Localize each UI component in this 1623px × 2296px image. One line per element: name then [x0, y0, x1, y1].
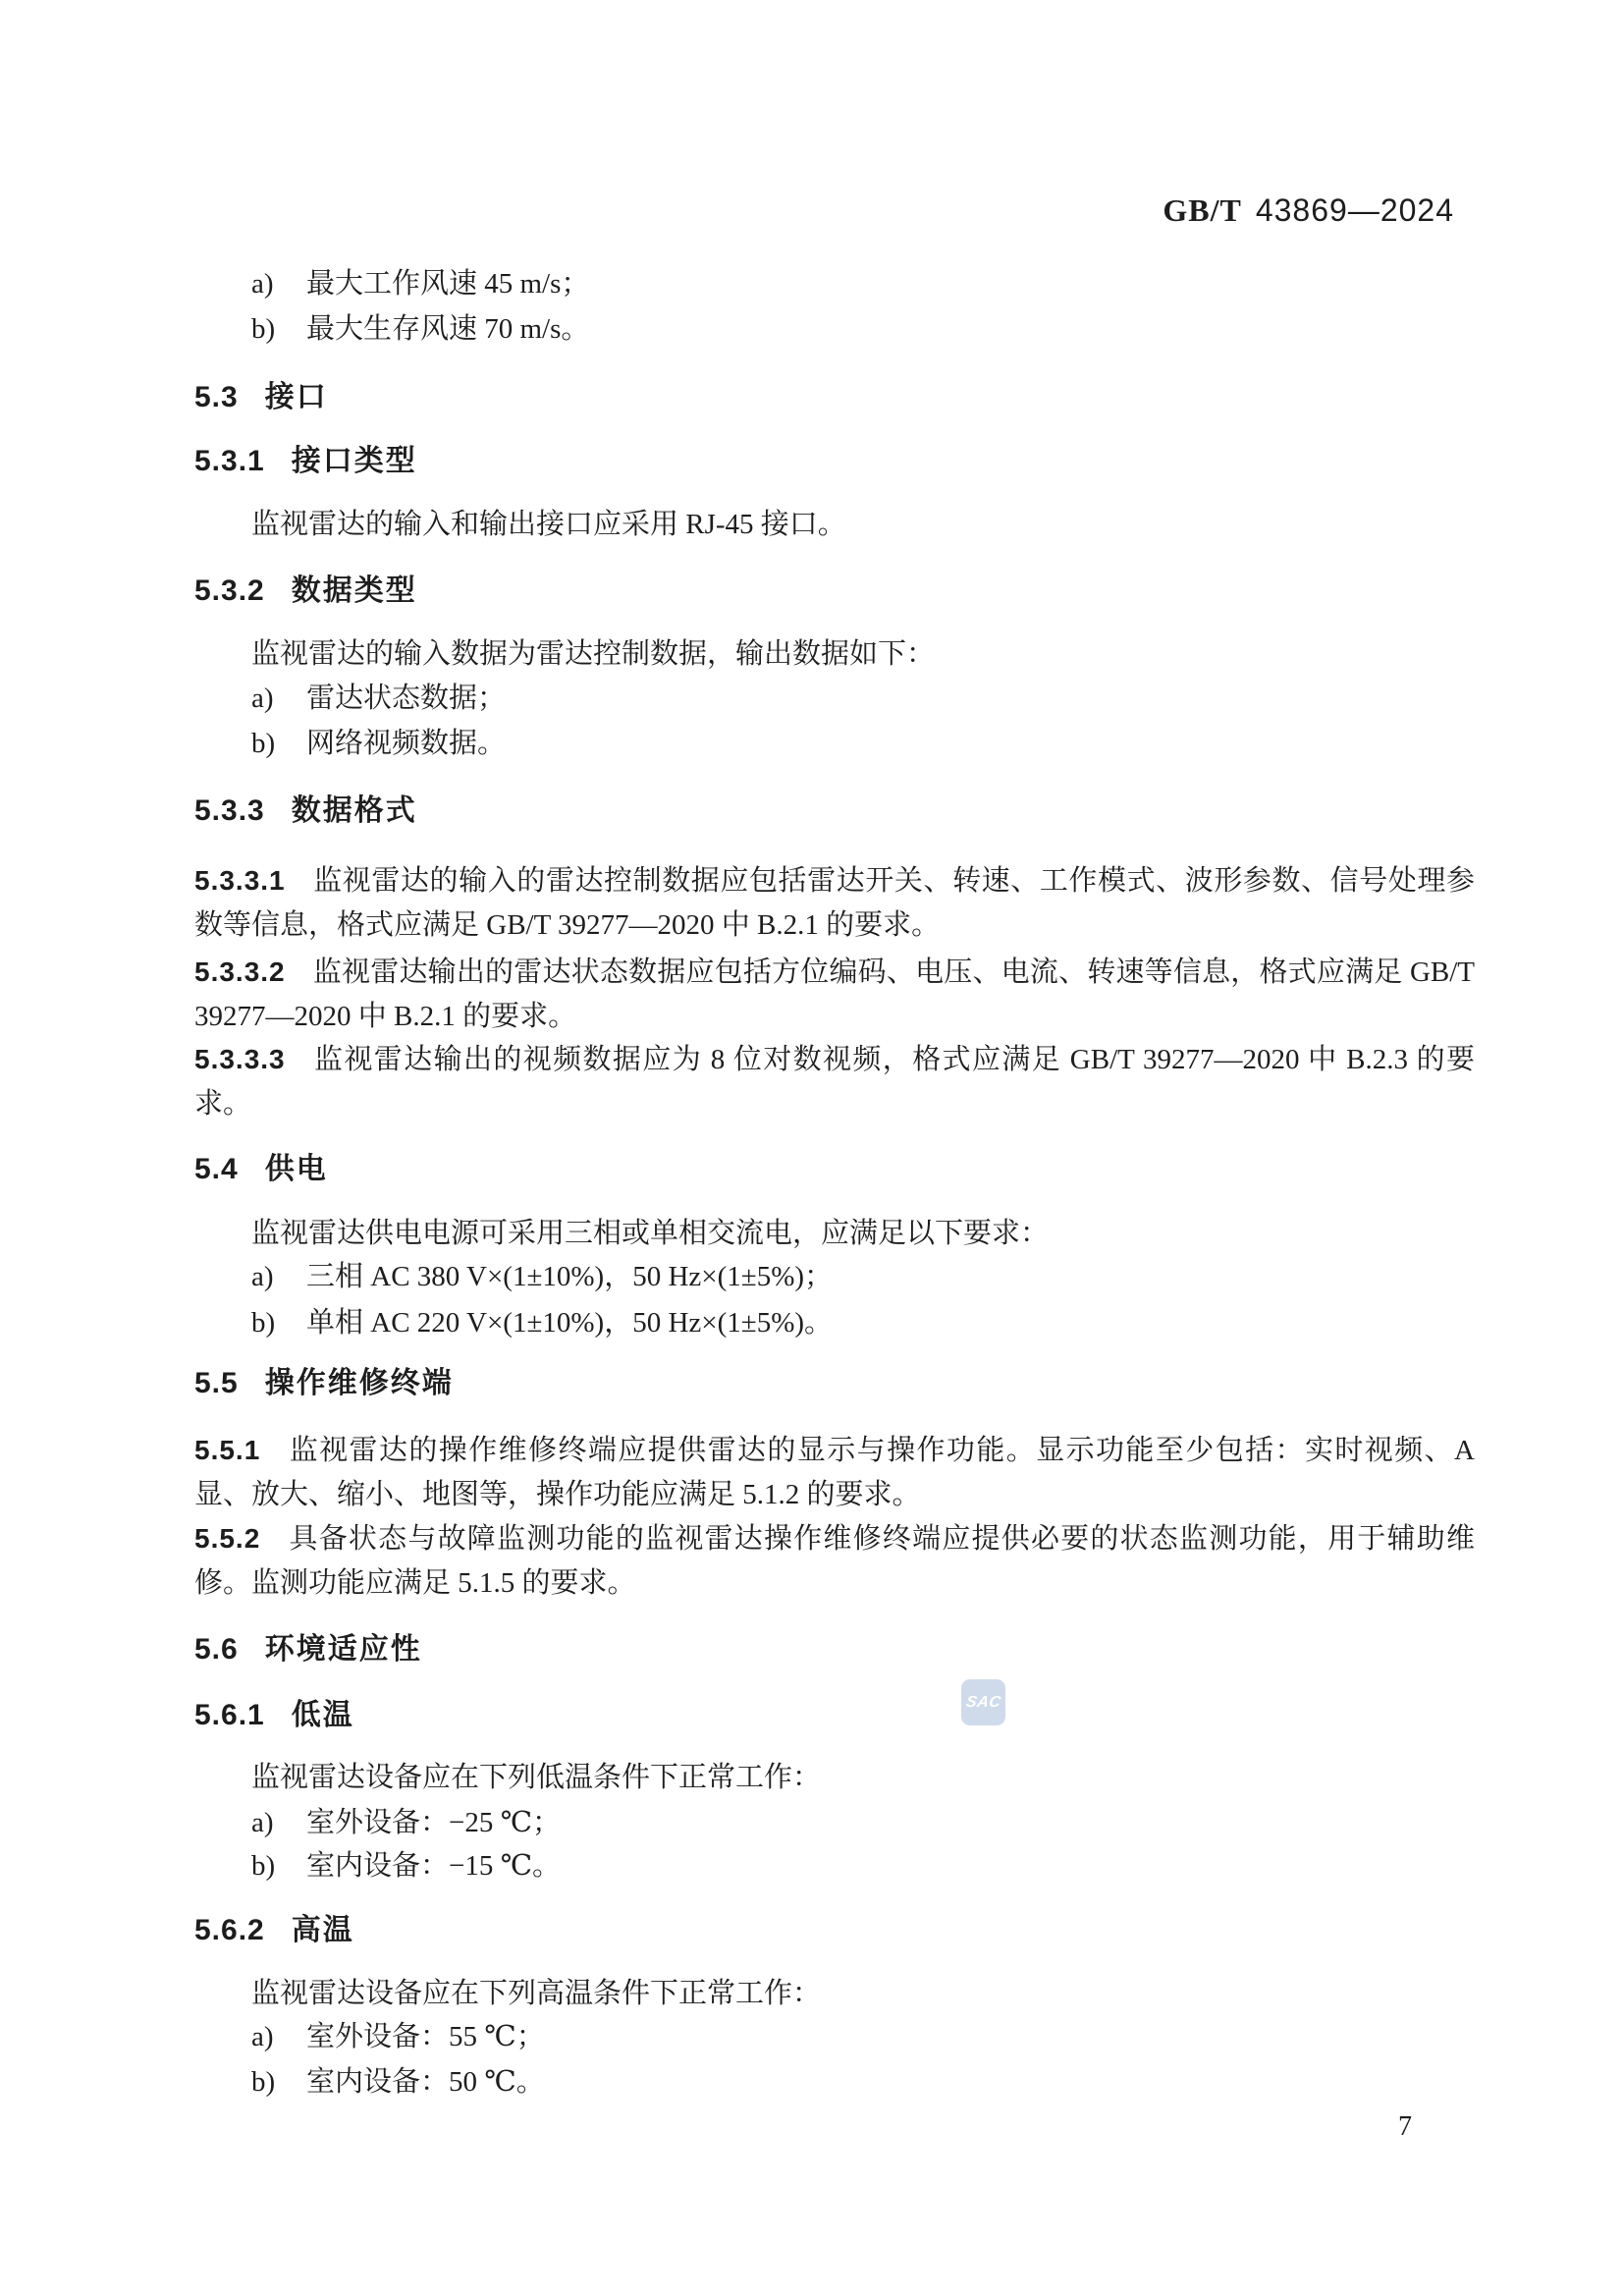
list-item-label: b) — [251, 1844, 306, 1888]
clause-text: 具备状态与故障监测功能的监视雷达操作维修终端应提供必要的状态监测功能，用于辅助维… — [194, 1523, 1475, 1599]
list-item-label: b) — [251, 722, 306, 766]
paragraph-5-6-2: 监视雷达设备应在下列高温条件下正常工作： — [194, 1972, 1475, 2016]
section-title: 操作维修终端 — [265, 1367, 454, 1399]
section-heading-5-5: 5.5操作维修终端 — [194, 1361, 1475, 1405]
section-number: 5.6 — [194, 1633, 239, 1666]
section-heading-5-4: 5.4供电 — [194, 1147, 1475, 1191]
section-title: 接口类型 — [292, 445, 417, 477]
list-item-label: b) — [251, 307, 306, 352]
section-title: 数据类型 — [292, 574, 417, 607]
list-item: a) 最大工作风速 45 m/s； — [194, 262, 1532, 306]
clause-number: 5.5.2 — [194, 1523, 260, 1554]
section-number: 5.5 — [194, 1367, 239, 1399]
section-number: 5.3.1 — [194, 445, 265, 477]
list-item-text: 室内设备：50 ℃。 — [306, 2060, 1532, 2105]
section-heading-5-6-1: 5.6.1低温 — [194, 1693, 1475, 1737]
page-number: 7 — [1398, 2111, 1412, 2143]
list-item-text: 单相 AC 220 V×(1±10%)，50 Hz×(1±5%)。 — [306, 1301, 1532, 1345]
clause-text: 监视雷达输出的雷达状态数据应包括方位编码、电压、电流、转速等信息，格式应满足 G… — [194, 957, 1475, 1032]
standard-code: 43869—2024 — [1256, 192, 1454, 228]
clause-number: 5.3.3.1 — [194, 865, 286, 896]
standard-prefix: GB/T — [1163, 192, 1241, 228]
paragraph-5-3-2: 监视雷达的输入数据为雷达控制数据，输出数据如下： — [194, 632, 1475, 677]
list-item-label: a) — [251, 1801, 306, 1845]
list-item-label: a) — [251, 262, 306, 306]
section-number: 5.3.2 — [194, 574, 265, 607]
list-item-text: 最大生存风速 70 m/s。 — [306, 307, 1532, 352]
section-heading-5-3: 5.3接口 — [194, 375, 1475, 419]
list-item: b) 室内设备：−15 ℃。 — [194, 1844, 1532, 1888]
list-item: b) 网络视频数据。 — [194, 722, 1532, 766]
paragraph-5-6-1: 监视雷达设备应在下列低温条件下正常工作： — [194, 1756, 1475, 1800]
list-item-label: a) — [251, 1255, 306, 1299]
list-item-text: 最大工作风速 45 m/s； — [306, 262, 1532, 306]
clause-number: 5.5.1 — [194, 1435, 260, 1465]
section-title: 数据格式 — [292, 794, 417, 827]
standard-number-header: GB/T43869—2024 — [1163, 191, 1454, 230]
section-number: 5.6.2 — [194, 1914, 265, 1946]
clause-5-5-2: 5.5.2具备状态与故障监测功能的监视雷达操作维修终端应提供必要的状态监测功能，… — [194, 1516, 1475, 1606]
clause-5-3-3-3: 5.3.3.3监视雷达输出的视频数据应为 8 位对数视频，格式应满足 GB/T … — [194, 1037, 1475, 1126]
section-number: 5.4 — [194, 1153, 239, 1185]
list-item: b) 单相 AC 220 V×(1±10%)，50 Hz×(1±5%)。 — [194, 1301, 1532, 1345]
section-number: 5.6.1 — [194, 1699, 265, 1731]
list-item-label: a) — [251, 677, 306, 721]
section-title: 高温 — [292, 1914, 354, 1946]
paragraph-5-4: 监视雷达供电电源可采用三相或单相交流电，应满足以下要求： — [194, 1212, 1475, 1256]
list-item-label: b) — [251, 1301, 306, 1345]
clause-number: 5.3.3.2 — [194, 957, 286, 987]
clause-text: 监视雷达的操作维修终端应提供雷达的显示与操作功能。显示功能至少包括：实时视频、A… — [194, 1435, 1475, 1510]
list-item: b) 最大生存风速 70 m/s。 — [194, 307, 1532, 352]
clause-5-3-3-2: 5.3.3.2监视雷达输出的雷达状态数据应包括方位编码、电压、电流、转速等信息，… — [194, 950, 1475, 1039]
list-item: a) 三相 AC 380 V×(1±10%)，50 Hz×(1±5%)； — [194, 1255, 1532, 1299]
section-number: 5.3 — [194, 381, 239, 413]
list-item-label: b) — [251, 2060, 306, 2105]
list-item-text: 室内设备：−15 ℃。 — [306, 1844, 1532, 1888]
clause-number: 5.3.3.3 — [194, 1044, 286, 1074]
list-item-label: a) — [251, 2015, 306, 2059]
clause-text: 监视雷达输出的视频数据应为 8 位对数视频，格式应满足 GB/T 39277—2… — [194, 1044, 1475, 1120]
section-title: 低温 — [292, 1699, 354, 1731]
clause-5-3-3-1: 5.3.3.1监视雷达的输入的雷达控制数据应包括雷达开关、转速、工作模式、波形参… — [194, 858, 1475, 948]
section-heading-5-6-2: 5.6.2高温 — [194, 1908, 1475, 1952]
section-heading-5-3-2: 5.3.2数据类型 — [194, 569, 1475, 613]
section-title: 供电 — [265, 1153, 328, 1185]
list-item: b) 室内设备：50 ℃。 — [194, 2060, 1532, 2105]
list-item: a) 室外设备：55 ℃； — [194, 2015, 1532, 2059]
section-number: 5.3.3 — [194, 794, 265, 827]
list-item-text: 雷达状态数据； — [306, 677, 1532, 721]
clause-5-5-1: 5.5.1监视雷达的操作维修终端应提供雷达的显示与操作功能。显示功能至少包括：实… — [194, 1428, 1475, 1517]
list-item-text: 三相 AC 380 V×(1±10%)，50 Hz×(1±5%)； — [306, 1255, 1532, 1299]
section-heading-5-6: 5.6环境适应性 — [194, 1627, 1475, 1671]
list-item-text: 室外设备：−25 ℃； — [306, 1801, 1532, 1845]
section-heading-5-3-1: 5.3.1接口类型 — [194, 439, 1475, 483]
list-item: a) 室外设备：−25 ℃； — [194, 1801, 1532, 1845]
list-item-text: 网络视频数据。 — [306, 722, 1532, 766]
paragraph-5-3-1: 监视雷达的输入和输出接口应采用 RJ-45 接口。 — [194, 503, 1475, 547]
section-title: 环境适应性 — [265, 1633, 422, 1666]
section-title: 接口 — [265, 381, 328, 413]
list-item-text: 室外设备：55 ℃； — [306, 2015, 1532, 2059]
list-item: a) 雷达状态数据； — [194, 677, 1532, 721]
section-heading-5-3-3: 5.3.3数据格式 — [194, 789, 1475, 833]
clause-text: 监视雷达的输入的雷达控制数据应包括雷达开关、转速、工作模式、波形参数、信号处理参… — [194, 865, 1475, 941]
document-page: GB/T43869—2024 a) 最大工作风速 45 m/s； b) 最大生存… — [0, 0, 1623, 2296]
